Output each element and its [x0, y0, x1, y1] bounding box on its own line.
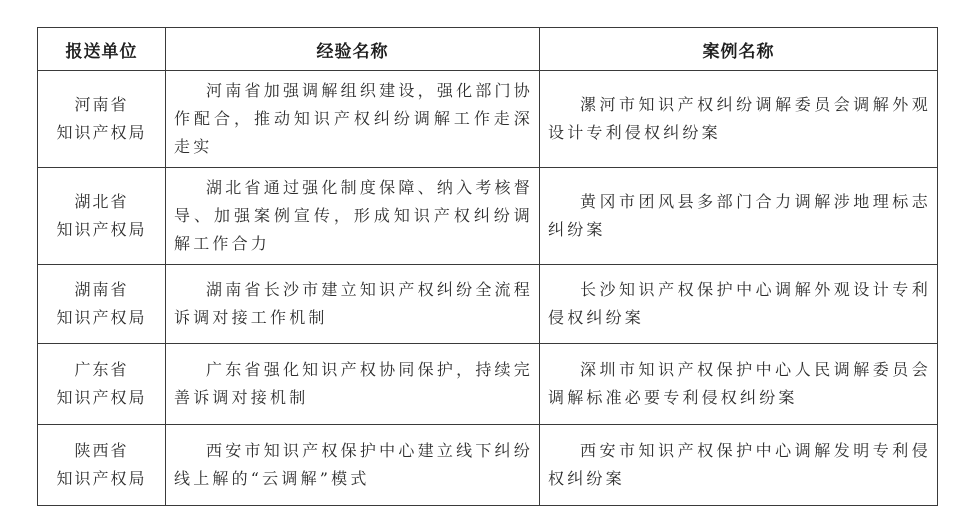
header-experience-name: 经验名称	[166, 28, 540, 71]
unit-bureau: 知识产权局	[39, 304, 164, 332]
reporting-unit-cell: 湖北省 知识产权局	[38, 168, 166, 265]
unit-bureau: 知识产权局	[39, 216, 164, 244]
unit-bureau: 知识产权局	[39, 384, 164, 412]
unit-province: 湖北省	[39, 188, 164, 216]
unit-bureau: 知识产权局	[39, 465, 164, 493]
case-name-cell: 深圳市知识产权保护中心人民调解委员会调解标准必要专利侵权纠纷案	[540, 344, 938, 425]
case-name-cell: 漯河市知识产权纠纷调解委员会调解外观设计专利侵权纠纷案	[540, 71, 938, 168]
unit-province: 湖南省	[39, 276, 164, 304]
table-row: 河南省 知识产权局 河南省加强调解组织建设，强化部门协作配合，推动知识产权纠纷调…	[38, 71, 938, 168]
case-name-cell: 长沙知识产权保护中心调解外观设计专利侵权纠纷案	[540, 265, 938, 344]
header-reporting-unit: 报送单位	[38, 28, 166, 71]
document-table-container: 报送单位 经验名称 案例名称 河南省 知识产权局 河南省加强调解组织建设，强化部…	[37, 27, 937, 506]
table-row: 陕西省 知识产权局 西安市知识产权保护中心建立线下纠纷线上解的“云调解”模式 西…	[38, 425, 938, 506]
reporting-unit-cell: 湖南省 知识产权局	[38, 265, 166, 344]
table-row: 广东省 知识产权局 广东省强化知识产权协同保护，持续完善诉调对接机制 深圳市知识…	[38, 344, 938, 425]
experience-name-cell: 河南省加强调解组织建设，强化部门协作配合，推动知识产权纠纷调解工作走深走实	[166, 71, 540, 168]
table-row: 湖北省 知识产权局 湖北省通过强化制度保障、纳入考核督导、加强案例宣传，形成知识…	[38, 168, 938, 265]
table-row: 湖南省 知识产权局 湖南省长沙市建立知识产权纠纷全流程诉调对接工作机制 长沙知识…	[38, 265, 938, 344]
unit-bureau: 知识产权局	[39, 119, 164, 147]
reporting-unit-cell: 河南省 知识产权局	[38, 71, 166, 168]
experience-name-cell: 西安市知识产权保护中心建立线下纠纷线上解的“云调解”模式	[166, 425, 540, 506]
mediation-experience-table: 报送单位 经验名称 案例名称 河南省 知识产权局 河南省加强调解组织建设，强化部…	[37, 27, 938, 506]
case-name-cell: 黄冈市团风县多部门合力调解涉地理标志纠纷案	[540, 168, 938, 265]
unit-province: 河南省	[39, 91, 164, 119]
experience-name-cell: 湖北省通过强化制度保障、纳入考核督导、加强案例宣传，形成知识产权纠纷调解工作合力	[166, 168, 540, 265]
reporting-unit-cell: 广东省 知识产权局	[38, 344, 166, 425]
case-name-cell: 西安市知识产权保护中心调解发明专利侵权纠纷案	[540, 425, 938, 506]
experience-name-cell: 广东省强化知识产权协同保护，持续完善诉调对接机制	[166, 344, 540, 425]
header-row: 报送单位 经验名称 案例名称	[38, 28, 938, 71]
unit-province: 广东省	[39, 356, 164, 384]
reporting-unit-cell: 陕西省 知识产权局	[38, 425, 166, 506]
unit-province: 陕西省	[39, 437, 164, 465]
header-case-name: 案例名称	[540, 28, 938, 71]
experience-name-cell: 湖南省长沙市建立知识产权纠纷全流程诉调对接工作机制	[166, 265, 540, 344]
